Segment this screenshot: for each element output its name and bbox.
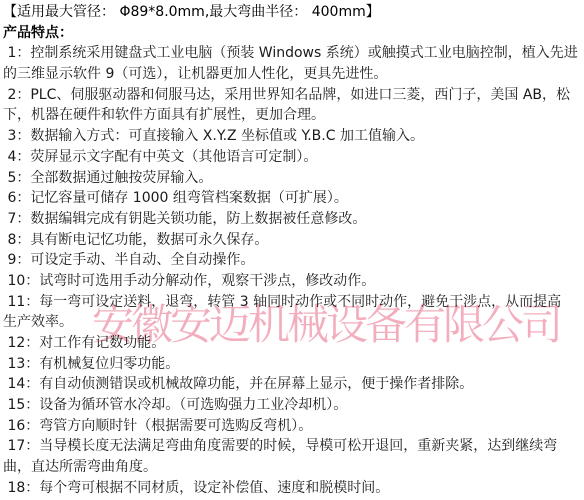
feature-line-18: 18：每个弯可根据不同材质，设定补偿值、速度和脱模时间。 bbox=[3, 478, 581, 499]
feature-line-2b: 下，机器在硬件和软件方面具有扩展性，更加合理。 bbox=[3, 105, 581, 126]
feature-line-13: 13：有机械复位归零功能。 bbox=[3, 354, 581, 375]
feature-line-6: 6：记忆容量可储存 1000 组弯管档案数据（可扩展）。 bbox=[3, 188, 581, 209]
feature-line-15: 15：设备为循环管水冷却。（可选购强力工业冷却机）。 bbox=[3, 395, 581, 416]
feature-line-12: 12：对工作有记数功能。 bbox=[3, 333, 581, 354]
max-pipe-spec-line: 【适用最大管径： Φ89*8.0mm,最大弯曲半径： 400mm】 bbox=[3, 2, 581, 23]
feature-line-1: 1：控制系统采用键盘式工业电脑（预装 Windows 系统）或触摸式工业电脑控制… bbox=[3, 43, 581, 64]
feature-line-5: 5：全部数据通过触按荧屏输入。 bbox=[3, 168, 581, 189]
feature-line-11b: 生产效率。 bbox=[3, 312, 581, 333]
product-features-page: 安徽安迈机械设备有限公司 【适用最大管径： Φ89*8.0mm,最大弯曲半径： … bbox=[0, 0, 584, 500]
feature-line-10: 10：试弯时可选用手动分解动作，观察干涉点，修改动作。 bbox=[3, 271, 581, 292]
feature-line-16: 16：弯管方向顺时针（根据需要可选购反弯机）。 bbox=[3, 416, 581, 437]
feature-line-4: 4：荧屏显示文字配有中英文（其他语言可定制）。 bbox=[3, 147, 581, 168]
feature-line-9: 9：可设定手动、半自动、全自动操作。 bbox=[3, 250, 581, 271]
feature-line-8: 8：具有断电记忆功能，数据可永久保存。 bbox=[3, 230, 581, 251]
feature-line-14: 14：有自动侦测错误或机械故障功能，并在屏幕上显示，便于操作者排除。 bbox=[3, 374, 581, 395]
feature-line-11: 11：每一弯可设定送料，退弯，转管 3 轴同时动作或不同时动作，避免干涉点，从而… bbox=[3, 292, 581, 313]
feature-line-1b: 的三维显示软件 9（可选），让机器更加人性化，更具先进性。 bbox=[3, 64, 581, 85]
feature-line-17b: 曲，直达所需弯曲角度。 bbox=[3, 457, 581, 478]
feature-line-7: 7：数据编辑完成有钥匙关锁功能，防上数据被任意修改。 bbox=[3, 209, 581, 230]
feature-line-3: 3：数据输入方式：可直接输入 X.Y.Z 坐标值或 Y.B.C 加工值输入。 bbox=[3, 126, 581, 147]
feature-line-17: 17：当导模长度无法满足弯曲角度需要的时候，导模可松开退回，重新夹紧，达到继续弯 bbox=[3, 436, 581, 457]
feature-line-2: 2：PLC、伺服驱动器和伺服马达，采用世界知名品牌，如进口三菱，西门子，美国 A… bbox=[3, 85, 581, 106]
feature-list: 【适用最大管径： Φ89*8.0mm,最大弯曲半径： 400mm】 产品特点： … bbox=[0, 0, 584, 500]
section-title: 产品特点： bbox=[3, 23, 581, 44]
